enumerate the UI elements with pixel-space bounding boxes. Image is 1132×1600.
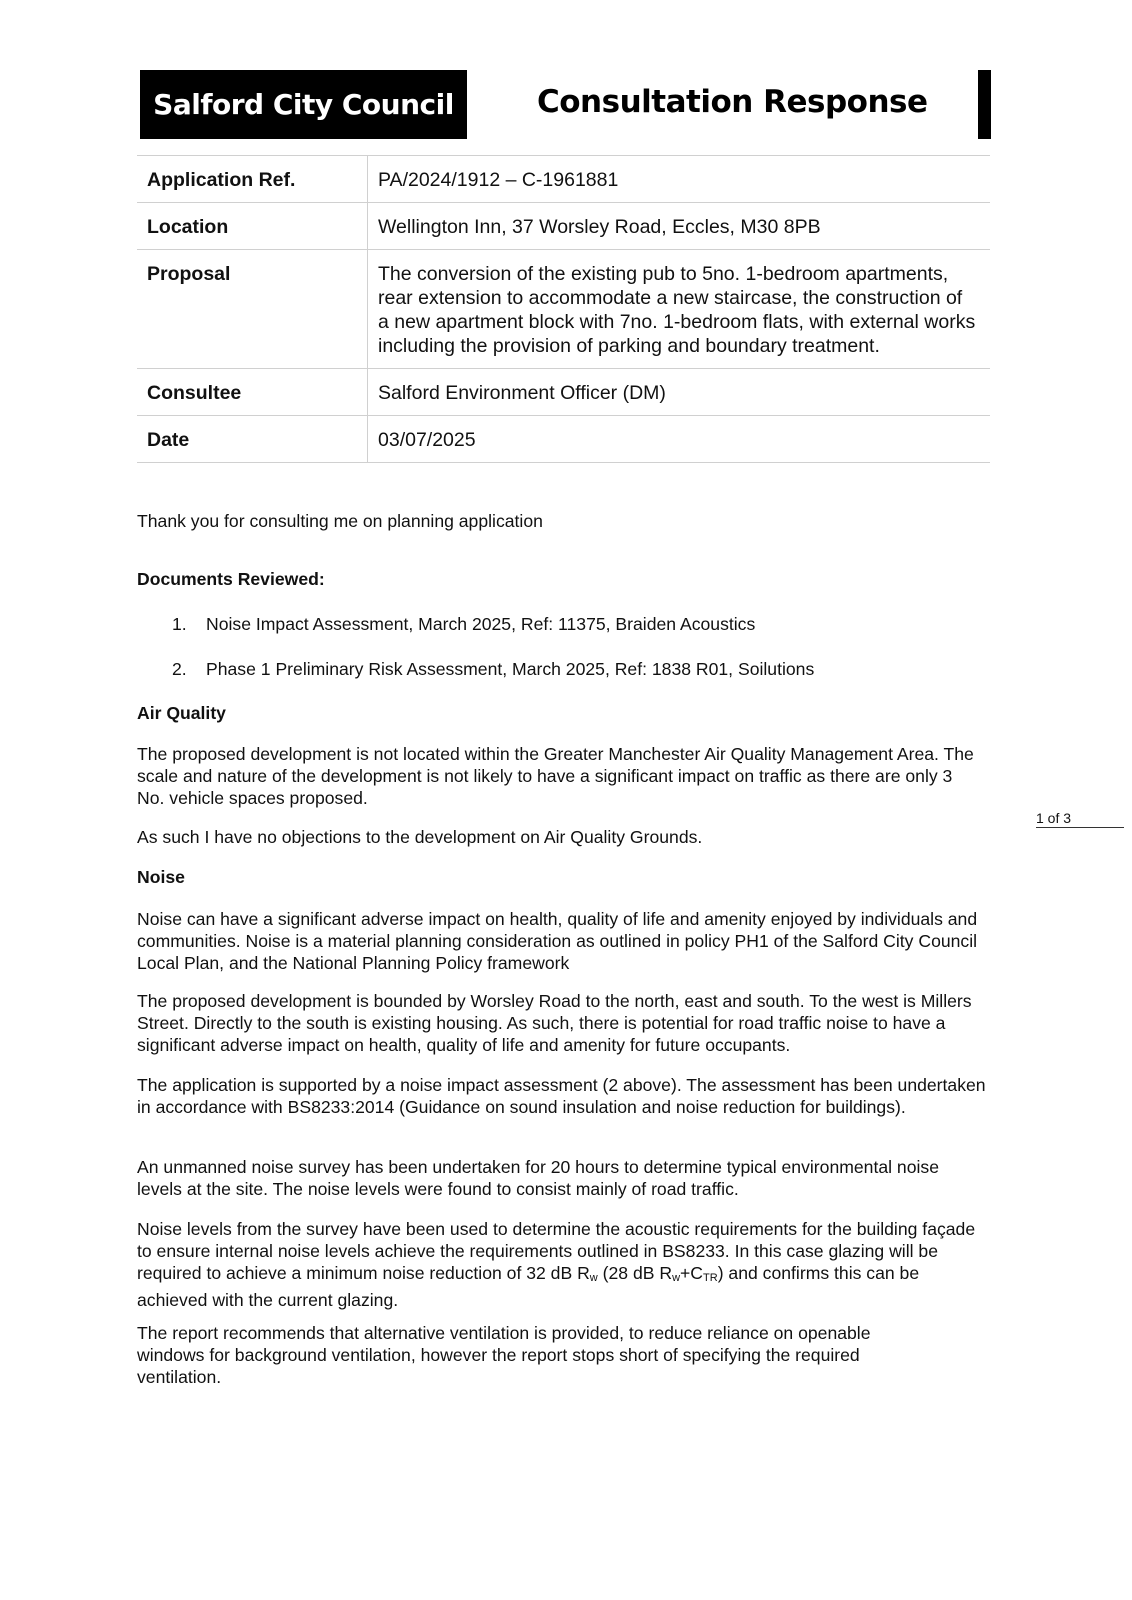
date-value: 03/07/2025: [368, 416, 991, 463]
page-indicator: 1 of 3: [1036, 810, 1124, 828]
facade-paragraph: Noise levels from the survey have been u…: [137, 1218, 987, 1311]
documents-heading: Documents Reviewed:: [137, 568, 997, 590]
noise-heading: Noise: [137, 866, 997, 888]
noise-paragraph: Noise can have a significant adverse imp…: [137, 908, 982, 974]
header-bar-decoration: [978, 70, 991, 139]
ventilation-paragraph: The report recommends that alternative v…: [137, 1322, 937, 1388]
subscript: w: [590, 1272, 598, 1284]
list-item: 1.Noise Impact Assessment, March 2025, R…: [172, 613, 755, 635]
air-quality-heading: Air Quality: [137, 702, 997, 724]
table-row: Proposal The conversion of the existing …: [137, 250, 990, 369]
noise-paragraph: An unmanned noise survey has been undert…: [137, 1156, 967, 1200]
proposal-label: Proposal: [137, 250, 368, 369]
council-logo: Salford City Council: [140, 70, 467, 139]
location-label: Location: [137, 203, 368, 250]
noise-paragraph: The proposed development is bounded by W…: [137, 990, 987, 1056]
list-item: 2.Phase 1 Preliminary Risk Assessment, M…: [172, 658, 814, 680]
application-ref-label: Application Ref.: [137, 156, 368, 203]
noise-paragraph: The application is supported by a noise …: [137, 1074, 987, 1118]
document-item-text: Noise Impact Assessment, March 2025, Ref…: [206, 614, 755, 634]
table-row: Date 03/07/2025: [137, 416, 990, 463]
list-number: 1.: [172, 613, 206, 635]
table-row: Consultee Salford Environment Officer (D…: [137, 369, 990, 416]
intro-text: Thank you for consulting me on planning …: [137, 510, 997, 532]
subscript: TR: [703, 1272, 718, 1284]
document-title: Consultation Response: [537, 84, 928, 120]
location-value: Wellington Inn, 37 Worsley Road, Eccles,…: [368, 203, 991, 250]
air-quality-paragraph: The proposed development is not located …: [137, 743, 977, 809]
application-info-table: Application Ref. PA/2024/1912 – C-196188…: [137, 155, 990, 463]
consultee-label: Consultee: [137, 369, 368, 416]
document-item-text: Phase 1 Preliminary Risk Assessment, Mar…: [206, 659, 814, 679]
table-row: Location Wellington Inn, 37 Worsley Road…: [137, 203, 990, 250]
subscript: w: [672, 1272, 680, 1284]
date-label: Date: [137, 416, 368, 463]
proposal-value: The conversion of the existing pub to 5n…: [368, 250, 991, 369]
application-ref-value: PA/2024/1912 – C-1961881: [368, 156, 991, 203]
table-row: Application Ref. PA/2024/1912 – C-196188…: [137, 156, 990, 203]
facade-text: (28 dB R: [598, 1263, 672, 1283]
consultee-value: Salford Environment Officer (DM): [368, 369, 991, 416]
air-quality-conclusion: As such I have no objections to the deve…: [137, 826, 997, 848]
facade-text: +C: [680, 1263, 703, 1283]
list-number: 2.: [172, 658, 206, 680]
